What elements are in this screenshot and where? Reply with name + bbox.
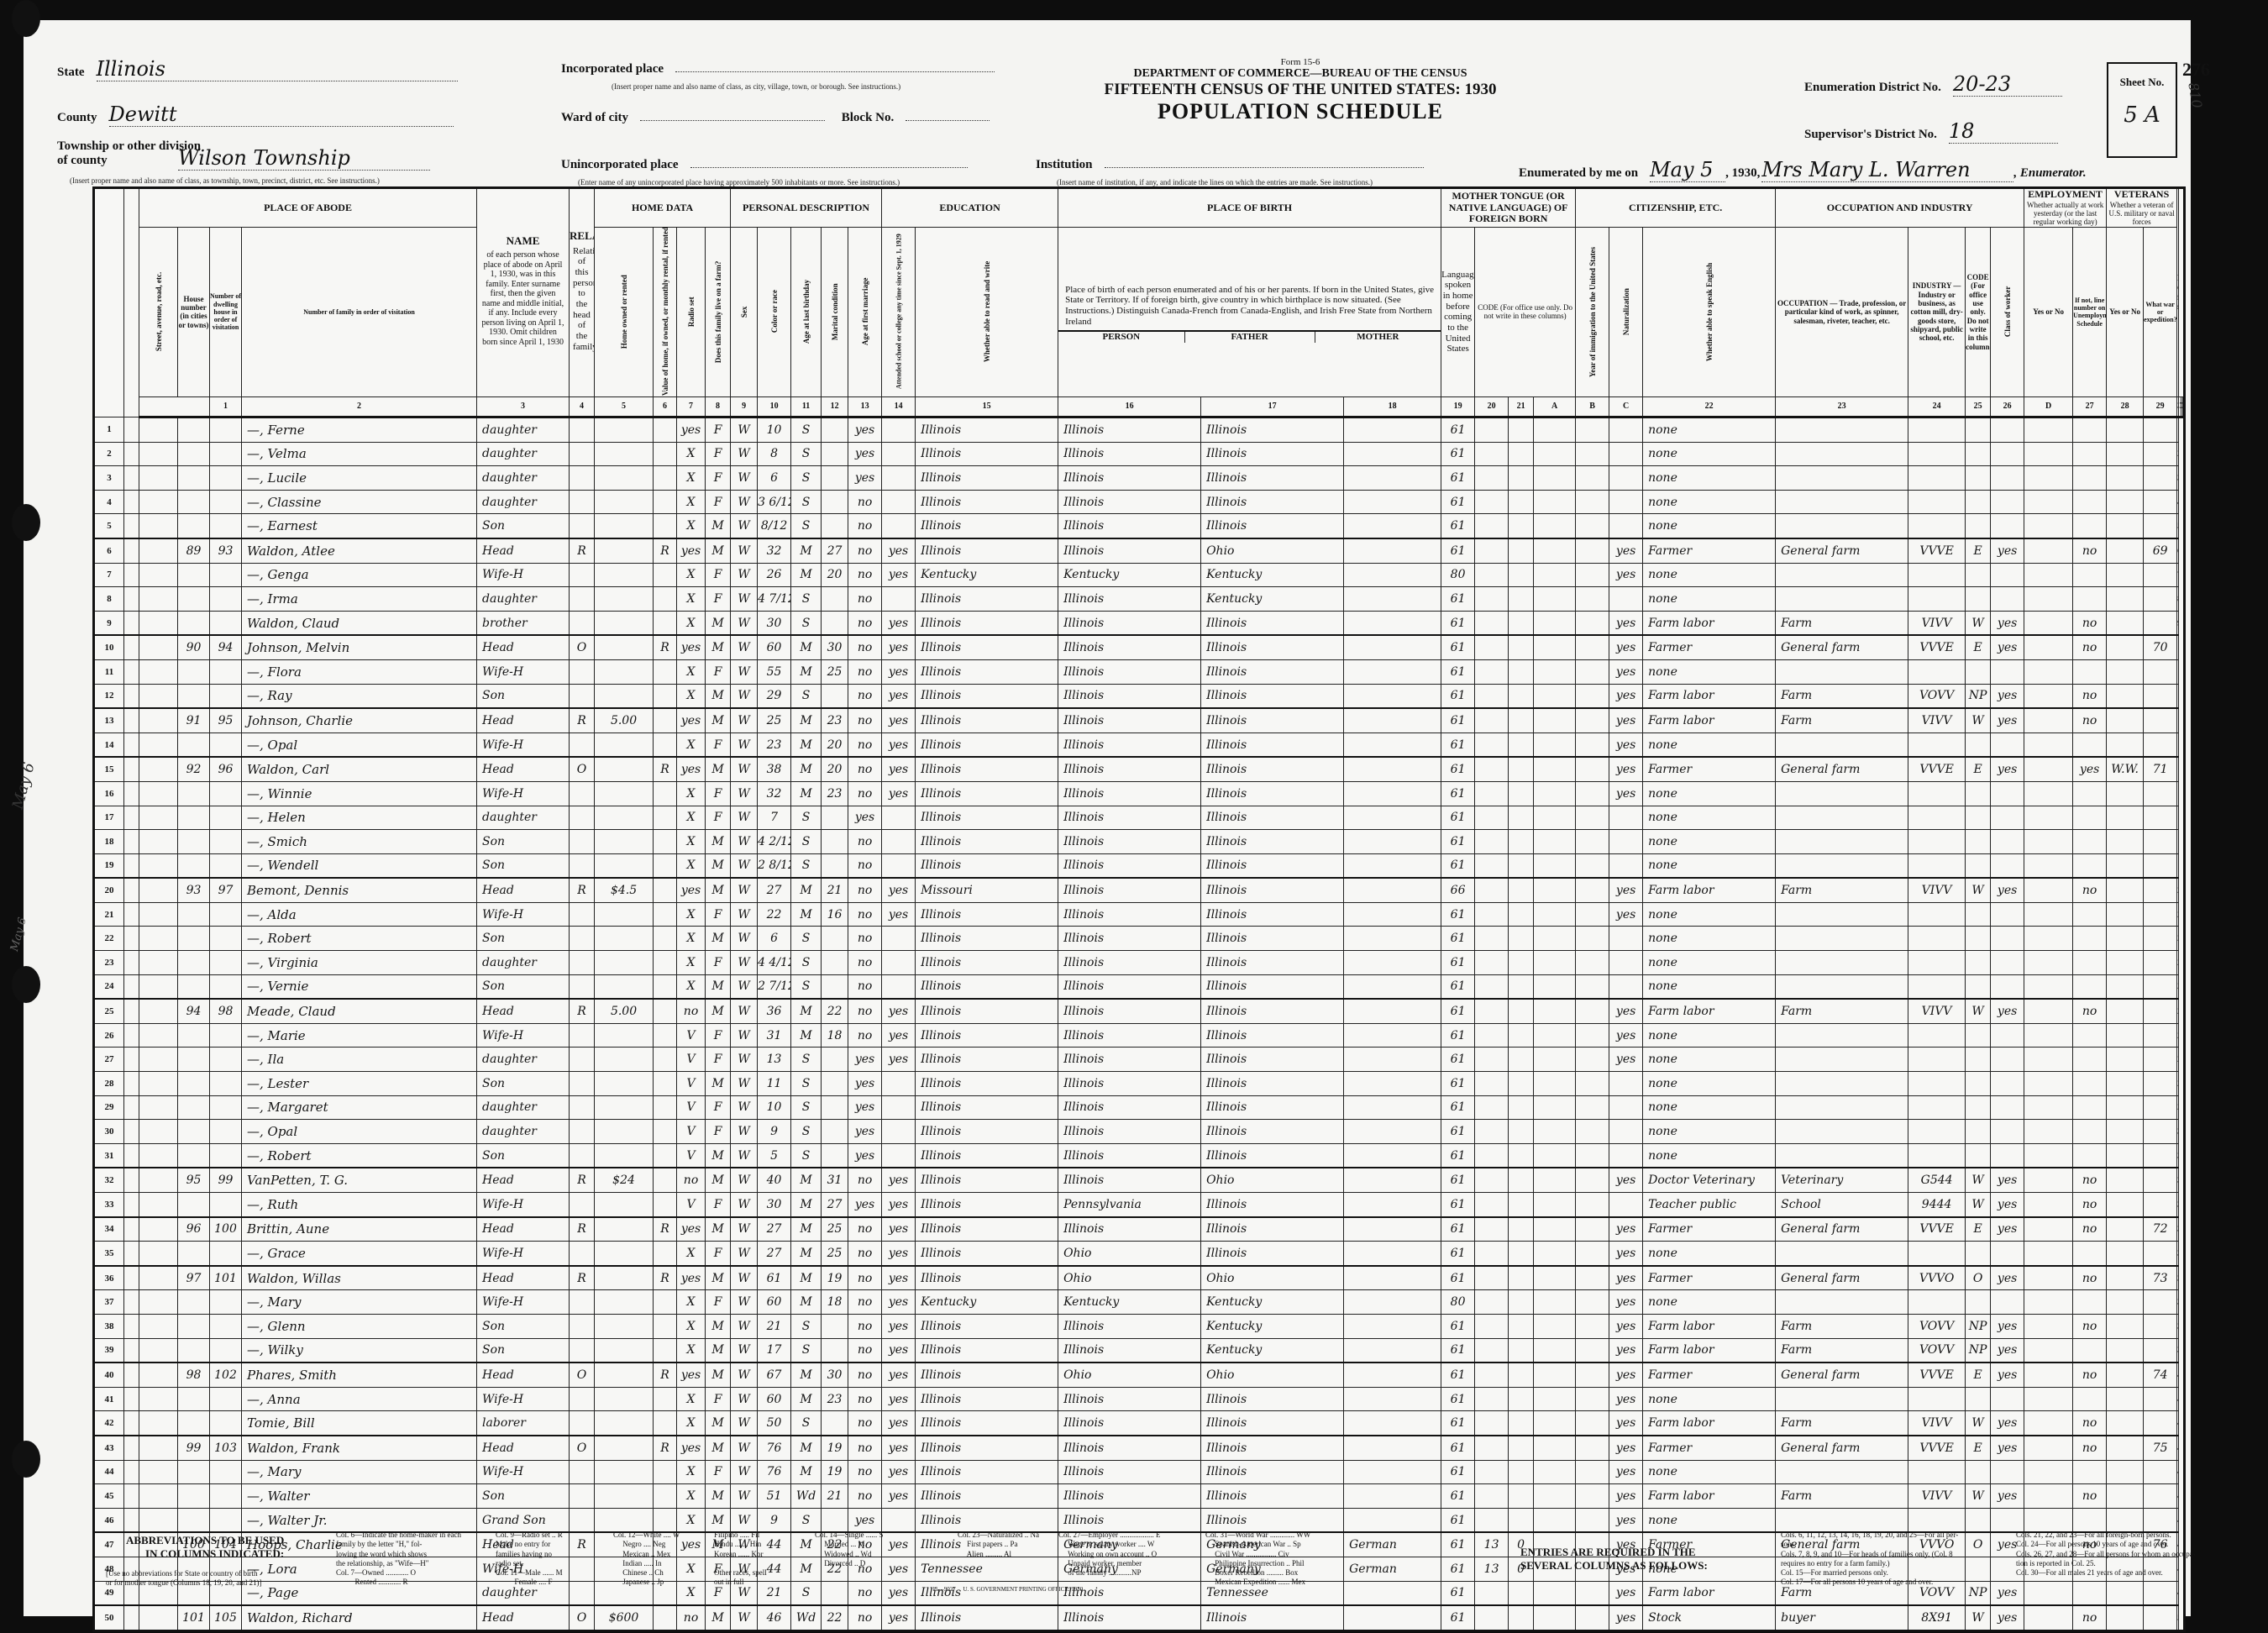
age: 13 <box>758 1048 791 1072</box>
line-number: 44 <box>2177 1460 2179 1484</box>
radio-set <box>654 974 677 999</box>
line-number: 26 <box>94 1023 124 1048</box>
school-attendance: no <box>848 1436 882 1460</box>
home-value <box>595 587 654 612</box>
school-attendance: no <box>848 974 882 999</box>
home-value <box>595 1436 654 1460</box>
radio-set <box>654 1484 677 1509</box>
marital-status: M <box>791 1387 822 1411</box>
farm-schedule-number <box>2144 1120 2177 1144</box>
dwelling-number <box>178 902 210 927</box>
line-number: 33 <box>94 1193 124 1217</box>
family-number: 97 <box>210 878 242 902</box>
immigration-year <box>1534 732 1576 757</box>
occupation-code <box>1908 830 1966 854</box>
blank-cell <box>124 466 139 491</box>
immigration-year <box>1534 1217 1576 1242</box>
code-country <box>1475 1436 1509 1460</box>
home-owned <box>570 1120 595 1144</box>
speaks-english: yes <box>1609 635 1643 659</box>
radio-set <box>654 1338 677 1363</box>
veteran <box>2073 902 2107 927</box>
person-name: —, Grace <box>242 1242 477 1266</box>
race: W <box>731 1072 758 1096</box>
radio-set: R <box>654 1436 677 1460</box>
immigration-year <box>1534 1290 1576 1315</box>
farm-schedule-number <box>2144 611 2177 635</box>
unemployment-line <box>2024 1290 2073 1315</box>
blank-cell <box>139 1266 178 1290</box>
unemployment-line <box>2024 1508 2073 1532</box>
census-row: 19—, WendellSonXMW2 8/12SnoIllinoisIllin… <box>94 853 2185 878</box>
school-attendance: no <box>848 1217 882 1242</box>
sex: M <box>706 1143 731 1168</box>
code-country <box>1475 1193 1509 1217</box>
census-title: FIFTEENTH CENSUS OF THE UNITED STATES: 1… <box>1065 81 1536 99</box>
home-value <box>595 1411 654 1436</box>
industry: School <box>1776 1193 1908 1217</box>
census-row: 21—, AldaWife-HXFW22M16noyesIllinoisIlli… <box>94 902 2185 927</box>
code-country <box>1475 684 1509 708</box>
code-nativity <box>1509 635 1534 659</box>
naturalization <box>1576 538 1609 563</box>
farm-schedule-number <box>2144 1508 2177 1532</box>
industry: Farm <box>1776 999 1908 1023</box>
occupation: none <box>1643 974 1776 999</box>
code-country <box>1475 1072 1509 1096</box>
race: W <box>731 951 758 975</box>
immigration-year <box>1534 1387 1576 1411</box>
birthplace-mother: Illinois <box>1201 1411 1344 1436</box>
code-state: 61 <box>1441 1314 1475 1338</box>
home-owned <box>570 1314 595 1338</box>
code-country <box>1475 1095 1509 1120</box>
person-name: —, Mary <box>242 1290 477 1315</box>
unemployment-line <box>2024 1168 2073 1192</box>
person-name: —, Ruth <box>242 1193 477 1217</box>
person-name: Waldon, Claud <box>242 611 477 635</box>
family-number <box>210 781 242 806</box>
race: W <box>731 1484 758 1509</box>
line-number: 11 <box>2177 659 2179 684</box>
veteran <box>2073 1242 2107 1266</box>
age-first-marriage: 23 <box>822 781 848 806</box>
relationship: Son <box>477 684 570 708</box>
code-country <box>1475 635 1509 659</box>
occupation: Farm labor <box>1643 1338 1776 1363</box>
race: W <box>731 417 758 443</box>
home-owned <box>570 1508 595 1532</box>
war <box>2107 806 2144 830</box>
census-row: 8—, IrmadaughterXFW4 7/12SnoIllinoisIlli… <box>94 587 2185 612</box>
home-owned <box>570 587 595 612</box>
column-number: D <box>2024 397 2073 417</box>
industry <box>1776 1120 1908 1144</box>
birthplace-mother: Illinois <box>1201 974 1344 999</box>
code-nativity <box>1509 757 1534 781</box>
home-value: $600 <box>595 1605 654 1630</box>
line-number: 5 <box>94 514 124 538</box>
speaks-english: yes <box>1609 878 1643 902</box>
age: 4 2/12 <box>758 830 791 854</box>
code-country <box>1475 466 1509 491</box>
census-row: 50101105Waldon, RichardHeadO$600noMW46Wd… <box>94 1605 2185 1630</box>
census-row: 12—, RaySonXMW29SnoyesIllinoisIllinoisIl… <box>94 684 2185 708</box>
blank-cell <box>124 1143 139 1168</box>
home-value <box>595 853 654 878</box>
at-work <box>1991 1072 2024 1096</box>
code-nativity <box>1509 538 1534 563</box>
census-row: 31—, RobertSonVMW5SyesIllinoisIllinoisIl… <box>94 1143 2185 1168</box>
code-nativity <box>1509 1048 1534 1072</box>
relationship: Head <box>477 708 570 732</box>
age-first-marriage <box>822 490 848 514</box>
line-number: 41 <box>94 1387 124 1411</box>
naturalization <box>1576 708 1609 732</box>
family-number: 96 <box>210 757 242 781</box>
age: 67 <box>758 1363 791 1387</box>
census-row: 24—, VernieSonXMW2 7/12SnoIllinoisIllino… <box>94 974 2185 999</box>
speaks-english: yes <box>1609 1290 1643 1315</box>
sex: F <box>706 659 731 684</box>
blank-cell <box>139 490 178 514</box>
age-first-marriage: 19 <box>822 1460 848 1484</box>
war <box>2107 1314 2144 1338</box>
relationship: Son <box>477 1484 570 1509</box>
census-sheet: StateIllinois CountyDewitt Township or o… <box>24 20 2191 1616</box>
war <box>2107 490 2144 514</box>
mother-tongue <box>1344 1314 1441 1338</box>
blank-cell <box>124 1363 139 1387</box>
occupation-code: VVVE <box>1908 1217 1966 1242</box>
column-number: 6 <box>654 397 677 417</box>
race: W <box>731 1387 758 1411</box>
industry <box>1776 1387 1908 1411</box>
home-value <box>595 1242 654 1266</box>
line-number: 23 <box>2177 951 2179 975</box>
marital-status: M <box>791 538 822 563</box>
at-work <box>1991 417 2024 443</box>
veteran: no <box>2073 538 2107 563</box>
birthplace-person: Illinois <box>916 1387 1058 1411</box>
veteran <box>2073 563 2107 587</box>
veteran <box>2073 927 2107 951</box>
code-nativity <box>1509 466 1534 491</box>
dwelling-number: 92 <box>178 757 210 781</box>
speaks-english: yes <box>1609 538 1643 563</box>
war <box>2107 830 2144 854</box>
school-attendance: no <box>848 587 882 612</box>
farm-schedule-number <box>2144 951 2177 975</box>
home-owned <box>570 684 595 708</box>
occupation: none <box>1643 1143 1776 1168</box>
code-nativity <box>1509 853 1534 878</box>
code-state: 61 <box>1441 442 1475 466</box>
relationship: Head <box>477 757 570 781</box>
column-number: 12 <box>822 397 848 417</box>
at-work <box>1991 732 2024 757</box>
farm-schedule-number <box>2144 1072 2177 1096</box>
family-number: 105 <box>210 1605 242 1630</box>
occupation-code: VIVV <box>1908 1411 1966 1436</box>
birthplace-father: Illinois <box>1058 1436 1201 1460</box>
literacy <box>882 587 916 612</box>
naturalization <box>1576 974 1609 999</box>
census-row: 37—, MaryWife-HXFW60M18noyesKentuckyKent… <box>94 1290 2185 1315</box>
occupation: none <box>1643 417 1776 443</box>
speaks-english <box>1609 1095 1643 1120</box>
sex: F <box>706 1193 731 1217</box>
unemployment-line <box>2024 732 2073 757</box>
birthplace-mother: Illinois <box>1201 999 1344 1023</box>
at-work <box>1991 442 2024 466</box>
relationship: Wife-H <box>477 1290 570 1315</box>
name-header: NAMEof each person whose place of abode … <box>477 188 570 397</box>
industry: Farm <box>1776 611 1908 635</box>
column-number: 27 <box>2073 397 2107 417</box>
marital-status: S <box>791 974 822 999</box>
birthplace-mother: Kentucky <box>1201 1338 1344 1363</box>
column-number: 28 <box>2107 397 2144 417</box>
unemployment-line <box>2024 1484 2073 1509</box>
veteran <box>2073 490 2107 514</box>
family-number: 95 <box>210 708 242 732</box>
naturalization <box>1576 1387 1609 1411</box>
at-work: yes <box>1991 999 2024 1023</box>
war <box>2107 1338 2144 1363</box>
birthplace-father: Illinois <box>1058 1387 1201 1411</box>
line-number: 46 <box>2177 1508 2179 1532</box>
race: W <box>731 684 758 708</box>
unemployment-line <box>2024 635 2073 659</box>
blank-cell <box>139 1095 178 1120</box>
home-value: 5.00 <box>595 999 654 1023</box>
code-nativity <box>1509 927 1534 951</box>
age-first-marriage <box>822 1508 848 1532</box>
census-row: 4399103Waldon, FrankHeadORyesMW76M19noye… <box>94 1436 2185 1460</box>
blank-cell <box>124 1338 139 1363</box>
farm-residence: X <box>677 514 706 538</box>
war <box>2107 1508 2144 1532</box>
farm-residence: X <box>677 902 706 927</box>
class-of-worker: O <box>1966 1266 1991 1290</box>
line-number: 16 <box>94 781 124 806</box>
school-attendance: no <box>848 1387 882 1411</box>
occupation-code <box>1908 927 1966 951</box>
sex: M <box>706 1266 731 1290</box>
school-attendance: no <box>848 1338 882 1363</box>
marital-status: S <box>791 1120 822 1144</box>
code-state: 61 <box>1441 1048 1475 1072</box>
blank-cell <box>139 708 178 732</box>
relationship: Wife-H <box>477 659 570 684</box>
person-name: —, Robert <box>242 927 477 951</box>
immigration-year <box>1534 853 1576 878</box>
marital-status: S <box>791 1338 822 1363</box>
code-state: 61 <box>1441 635 1475 659</box>
farm-schedule-number <box>2144 902 2177 927</box>
person-name: —, Margaret <box>242 1095 477 1120</box>
radio-set: R <box>654 635 677 659</box>
birthplace-father: Illinois <box>1058 538 1201 563</box>
code-state: 66 <box>1441 878 1475 902</box>
code-state: 61 <box>1441 466 1475 491</box>
family-number <box>210 442 242 466</box>
sex: M <box>706 1168 731 1192</box>
unemployment-line <box>2024 684 2073 708</box>
war <box>2107 635 2144 659</box>
home-value: $24 <box>595 1168 654 1192</box>
home-value <box>595 902 654 927</box>
census-row: 4—, ClassinedaughterXFW3 6/12SnoIllinois… <box>94 490 2185 514</box>
code-state: 61 <box>1441 611 1475 635</box>
at-work: yes <box>1991 1411 2024 1436</box>
column-number: 1 <box>210 397 242 417</box>
birthplace-father: Illinois <box>1058 974 1201 999</box>
farm-schedule-number <box>2144 1387 2177 1411</box>
at-work <box>1991 1023 2024 1048</box>
unemployment-line <box>2024 1338 2073 1363</box>
at-work: yes <box>1991 684 2024 708</box>
code-nativity <box>1509 514 1534 538</box>
line-number: 2 <box>94 442 124 466</box>
radio-set <box>654 1411 677 1436</box>
home-value <box>595 538 654 563</box>
age: 17 <box>758 1338 791 1363</box>
column-number: 29 <box>2144 397 2177 417</box>
immigration-year <box>1534 1484 1576 1509</box>
family-number <box>210 1193 242 1217</box>
code-country <box>1475 781 1509 806</box>
line-number: 16 <box>2177 781 2179 806</box>
occupation: Farm labor <box>1643 878 1776 902</box>
blank-cell <box>124 1605 139 1630</box>
veteran <box>2073 1120 2107 1144</box>
family-number: 102 <box>210 1363 242 1387</box>
industry <box>1776 1143 1908 1168</box>
literacy: yes <box>882 878 916 902</box>
marital-status: S <box>791 466 822 491</box>
speaks-english: yes <box>1609 1314 1643 1338</box>
farm-residence: no <box>677 1605 706 1630</box>
class-of-worker: E <box>1966 757 1991 781</box>
line-number: 20 <box>2177 878 2179 902</box>
veteran: no <box>2073 1168 2107 1192</box>
veteran <box>2073 1143 2107 1168</box>
marital-status: S <box>791 951 822 975</box>
line-number: 21 <box>2177 902 2179 927</box>
dwelling-number <box>178 684 210 708</box>
blank-cell <box>124 1095 139 1120</box>
dwelling-number: 93 <box>178 878 210 902</box>
speaks-english: yes <box>1609 1363 1643 1387</box>
family-number <box>210 1338 242 1363</box>
dwelling-number <box>178 853 210 878</box>
occupation-code: 8X91 <box>1908 1605 1966 1630</box>
home-owned: R <box>570 878 595 902</box>
line-number: 36 <box>2177 1266 2179 1290</box>
person-name: VanPetten, T. G. <box>242 1168 477 1192</box>
farm-schedule-number <box>2144 684 2177 708</box>
relationship: daughter <box>477 490 570 514</box>
race: W <box>731 732 758 757</box>
sex: M <box>706 708 731 732</box>
age: 38 <box>758 757 791 781</box>
war <box>2107 1217 2144 1242</box>
code-nativity <box>1509 1460 1534 1484</box>
family-number <box>210 684 242 708</box>
code-nativity <box>1509 1363 1534 1387</box>
birthplace-mother: Illinois <box>1201 1023 1344 1048</box>
age: 21 <box>758 1314 791 1338</box>
class-of-worker: W <box>1966 708 1991 732</box>
race: W <box>731 974 758 999</box>
occupation-code: VIVV <box>1908 708 1966 732</box>
at-work: yes <box>1991 757 2024 781</box>
war <box>2107 514 2144 538</box>
home-owned: R <box>570 1217 595 1242</box>
blank-cell <box>139 806 178 830</box>
occupation: none <box>1643 514 1776 538</box>
enumeration-district-field: Enumeration District No.20-23 <box>1804 72 2062 97</box>
age: 55 <box>758 659 791 684</box>
home-owned <box>570 1290 595 1315</box>
speaks-english: yes <box>1609 1048 1643 1072</box>
farm-schedule-number <box>2144 853 2177 878</box>
blank-cell <box>124 417 139 443</box>
at-work <box>1991 951 2024 975</box>
sex: F <box>706 1242 731 1266</box>
naturalization <box>1576 1143 1609 1168</box>
sex: M <box>706 1363 731 1387</box>
class-of-worker <box>1966 417 1991 443</box>
family-number <box>210 1120 242 1144</box>
industry: Farm <box>1776 1314 1908 1338</box>
age-first-marriage <box>822 1072 848 1096</box>
home-owned <box>570 1460 595 1484</box>
line-number: 37 <box>94 1290 124 1315</box>
age: 4 7/12 <box>758 587 791 612</box>
sex: F <box>706 587 731 612</box>
birthplace-mother: Ohio <box>1201 1363 1344 1387</box>
race: W <box>731 1023 758 1048</box>
family-number <box>210 490 242 514</box>
home-value <box>595 466 654 491</box>
radio-set <box>654 1387 677 1411</box>
home-owned <box>570 830 595 854</box>
home-owned <box>570 806 595 830</box>
code-nativity <box>1509 442 1534 466</box>
census-row: 14—, OpalWife-HXFW23M20noyesIllinoisIlli… <box>94 732 2185 757</box>
column-number: 10 <box>758 397 791 417</box>
code-country <box>1475 927 1509 951</box>
literacy: yes <box>882 1387 916 1411</box>
abbrev-col31: Col. 31—World War ............. WW Spani… <box>1205 1531 1310 1588</box>
industry <box>1776 466 1908 491</box>
speaks-english: yes <box>1609 781 1643 806</box>
family-number <box>210 1411 242 1436</box>
at-work: yes <box>1991 1338 2024 1363</box>
naturalization <box>1576 853 1609 878</box>
farm-residence: yes <box>677 1217 706 1242</box>
blank-cell <box>139 999 178 1023</box>
institution-field: Institution <box>1036 158 1424 172</box>
birthplace-person: Illinois <box>916 1411 1058 1436</box>
veteran: no <box>2073 1436 2107 1460</box>
code-country <box>1475 878 1509 902</box>
birthplace-mother: Illinois <box>1201 1484 1344 1509</box>
age: 25 <box>758 708 791 732</box>
